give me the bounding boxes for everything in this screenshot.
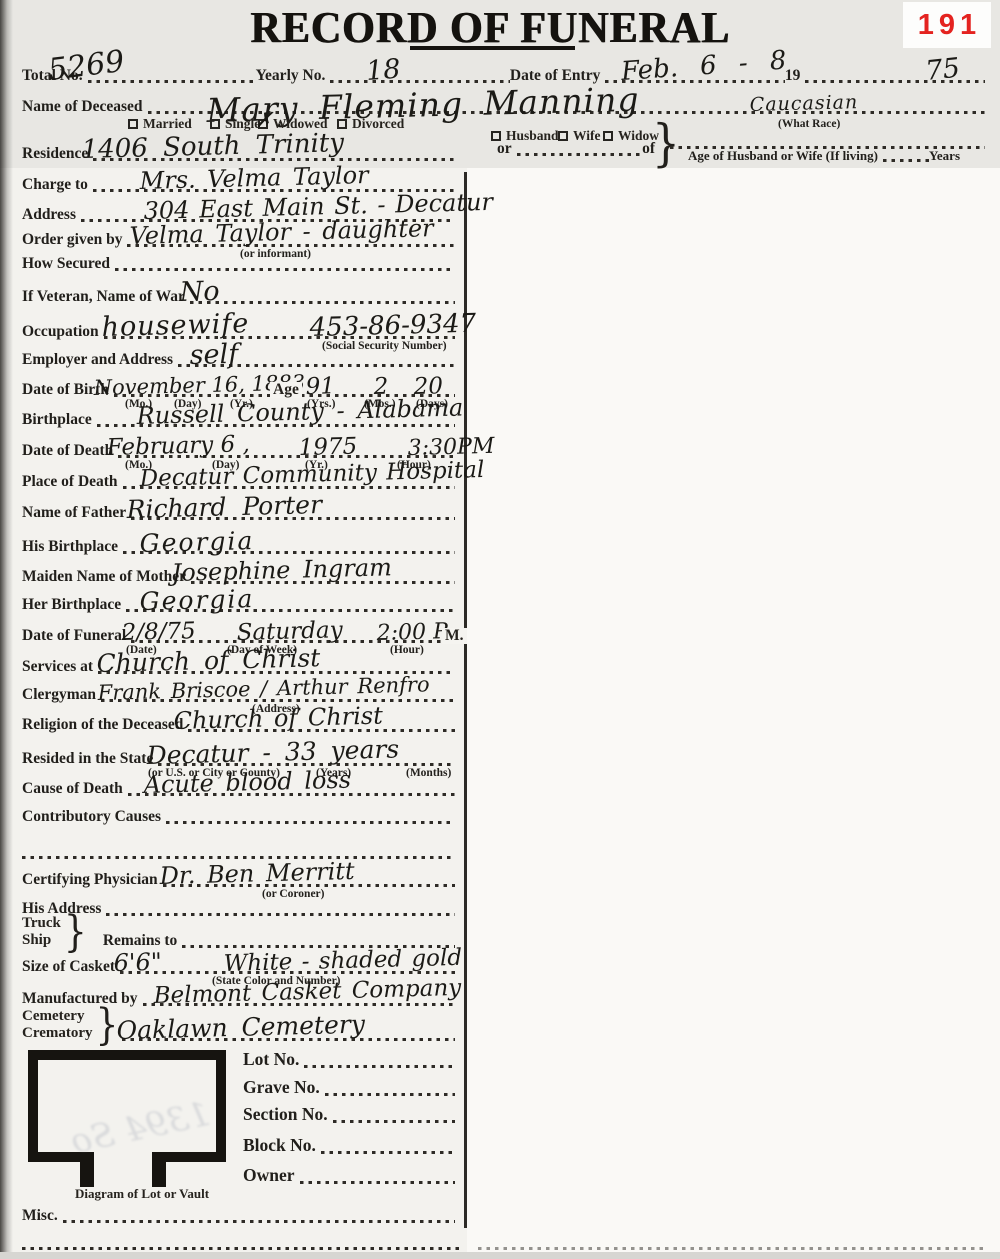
field-block-no: Block No. xyxy=(243,1133,455,1155)
dotted-line xyxy=(106,913,455,916)
field-resided: Resided in the State Decatur - 33 years … xyxy=(22,745,455,767)
page-number-stamp-box: 191 xyxy=(903,2,991,48)
religion-label: Religion of the Deceased xyxy=(22,717,188,734)
truck-label: Truck xyxy=(22,915,61,932)
dotted-line xyxy=(325,1093,455,1096)
father-label: Name of Father xyxy=(22,505,131,522)
field-employer: Employer and Address self xyxy=(22,346,455,368)
cemetery-crematory-stack: Cemetery Crematory xyxy=(22,1008,96,1042)
date-of-death-date: February 6 , xyxy=(106,435,250,459)
ssn-value: 453-86-9347 xyxy=(309,312,476,340)
his-birthplace-value: Georgia xyxy=(139,530,254,555)
field-cemetery: Cemetery Crematory } Oaklawn Cemetery xyxy=(22,1008,455,1042)
what-race-hint: (What Race) xyxy=(778,118,840,130)
dotted-line xyxy=(115,268,455,271)
married-checkbox xyxy=(128,119,138,129)
date-of-death-hour: 3:30PM xyxy=(407,437,494,459)
dotted-line xyxy=(330,80,510,83)
casket-size-value: 6'6" xyxy=(113,952,162,975)
field-his-address: His Address xyxy=(22,895,455,917)
field-size-of-casket: Size of Casket 6'6" White - shaded gold … xyxy=(22,953,455,975)
residence-row: Residence 1406 South Trinity xyxy=(22,138,455,162)
spouse-age-row: Age of Husband or Wife (If living) Years xyxy=(688,149,965,163)
his-birthplace-label: His Birthplace xyxy=(22,539,123,556)
age-of-spouse-label: Age of Husband or Wife (If living) xyxy=(688,149,883,163)
lot-no-label: Lot No. xyxy=(243,1051,304,1070)
age-label: Age xyxy=(270,382,302,399)
crematory-label: Crematory xyxy=(22,1025,93,1042)
wife-checkbox xyxy=(558,131,568,141)
divorced-label: Divorced xyxy=(352,116,404,132)
date-of-entry-value: Feb. 6 - 8 xyxy=(620,49,787,84)
field-misc: Misc. xyxy=(22,1202,455,1224)
funeral-day-value: Saturday xyxy=(236,621,342,644)
owner-label: Owner xyxy=(243,1167,300,1186)
dotted-line xyxy=(883,159,929,162)
field-grave-no: Grave No. xyxy=(243,1075,455,1097)
clergyman-label: Clergyman xyxy=(22,687,101,704)
field-manufactured-by: Manufactured by Belmont Casket Company xyxy=(22,985,455,1007)
field-cause-of-death: Cause of Death Acute blood loss xyxy=(22,775,455,797)
dotted-line xyxy=(321,1151,455,1154)
field-how-secured: How Secured xyxy=(22,250,455,272)
grave-no-label: Grave No. xyxy=(243,1079,325,1098)
funeral-record-page: RECORD OF FUNERAL 191 Total No. Yearly N… xyxy=(0,0,1000,1259)
her-birthplace-value: Georgia xyxy=(139,588,254,613)
her-birthplace-label: Her Birthplace xyxy=(22,597,126,614)
order-given-by-label: Order given by xyxy=(22,232,127,249)
block-no-label: Block No. xyxy=(243,1137,321,1156)
right-blank-area xyxy=(467,168,1000,1252)
field-father: Name of Father Richard Porter xyxy=(22,499,455,521)
dotted-line xyxy=(304,1065,455,1068)
dotted-line xyxy=(22,856,455,859)
resided-label: Resided in the State xyxy=(22,751,158,768)
funeral-hour-value: 2:00 P xyxy=(376,622,448,644)
place-of-death-label: Place of Death xyxy=(22,474,123,491)
scan-bottom-edge xyxy=(0,1252,1000,1259)
occupation-value: housewife xyxy=(101,312,249,340)
field-occupation: Occupation housewife 453-86-9347 (Social… xyxy=(22,318,455,340)
field-certifying-physician: Certifying Physician Dr. Ben Merritt (or… xyxy=(22,866,455,888)
remains-to-label: Remains to xyxy=(103,933,182,950)
dotted-line xyxy=(22,1247,462,1250)
or-of-row: or of xyxy=(497,141,660,157)
field-his-birthplace: His Birthplace Georgia xyxy=(22,533,455,555)
dotted-line xyxy=(190,301,455,304)
cemetery-label: Cemetery xyxy=(22,1008,93,1025)
cemetery-value: Oaklawn Cemetery xyxy=(116,1013,365,1042)
age-years-value: 91 xyxy=(305,377,335,398)
field-place-of-death: Place of Death Decatur Community Hospita… xyxy=(22,468,455,490)
field-section-no: Section No. xyxy=(243,1102,455,1124)
cause-of-death-value: Acute blood loss xyxy=(143,770,351,797)
yearly-no-value: 18 xyxy=(365,57,401,84)
total-no-value: 5269 xyxy=(47,48,126,84)
field-clergyman: Clergyman Frank Briscoe / Arthur Renfro … xyxy=(22,681,455,703)
married-option: Married xyxy=(128,116,192,132)
services-at-value: Church of Christ xyxy=(96,647,320,675)
year-prefix: 19 xyxy=(785,68,806,85)
field-her-birthplace: Her Birthplace Georgia xyxy=(22,591,455,613)
field-veteran: If Veteran, Name of War No xyxy=(22,283,455,305)
widowed-check-mark: ✗ xyxy=(255,108,273,132)
field-birthplace: Birthplace Russell County - Alabama xyxy=(22,406,455,428)
employer-label: Employer and Address xyxy=(22,352,178,369)
mother-value: Josephine Ingram xyxy=(171,558,392,585)
birthplace-label: Birthplace xyxy=(22,412,97,429)
mother-label: Maiden Name of Mother xyxy=(22,569,191,586)
truck-ship-brace: } xyxy=(64,915,91,952)
dotted-line xyxy=(88,80,256,83)
ship-label: Ship xyxy=(22,932,61,949)
address-label: Address xyxy=(22,207,81,224)
date-of-death-year: 1975 xyxy=(298,437,357,459)
field-date-of-funeral: Date of Funeral 2/8/75 Saturday 2:00 P M… xyxy=(22,622,455,644)
how-secured-label: How Secured xyxy=(22,256,115,273)
occupation-label: Occupation xyxy=(22,324,104,341)
veteran-value: No xyxy=(179,280,220,305)
certifying-physician-value: Dr. Ben Merritt xyxy=(159,861,354,888)
date-of-funeral-label: Date of Funeral xyxy=(22,628,131,645)
diagram-caption: Diagram of Lot or Vault xyxy=(56,1186,228,1202)
page-number: 191 xyxy=(913,9,981,42)
field-date-of-death: Date of Death February 6 , 1975 3:30PM (… xyxy=(22,437,455,459)
meridiem-label: M. xyxy=(442,628,467,645)
single-checkbox xyxy=(210,119,220,129)
resided-value: Decatur - 33 years xyxy=(146,738,399,767)
religion-value: Church of Christ xyxy=(173,706,383,733)
charge-to-value: Mrs. Velma Taylor xyxy=(139,165,368,193)
veteran-label: If Veteran, Name of War xyxy=(22,289,190,306)
dotted-line xyxy=(333,1120,455,1123)
name-of-deceased-label: Name of Deceased xyxy=(22,99,148,116)
dotted-line xyxy=(517,153,642,156)
entry-header-row: Total No. Yearly No. Date of Entry 19 52… xyxy=(22,58,985,84)
manufactured-by-label: Manufactured by xyxy=(22,991,143,1008)
cause-of-death-label: Cause of Death xyxy=(22,781,128,798)
residence-value: 1406 South Trinity xyxy=(81,132,344,162)
funeral-date-value: 2/8/75 xyxy=(121,621,196,644)
contributory-causes-label: Contributory Causes xyxy=(22,809,166,826)
or-label: or xyxy=(497,141,517,158)
size-of-casket-label: Size of Casket xyxy=(22,959,120,976)
widow-checkbox xyxy=(603,131,613,141)
field-contributory-causes: Contributory Causes xyxy=(22,803,455,825)
dotted-line xyxy=(63,1220,455,1223)
title-underline xyxy=(410,46,575,50)
employer-value: self xyxy=(189,342,238,368)
casket-color-value: White - shaded gold xyxy=(223,948,462,975)
field-owner: Owner xyxy=(243,1163,455,1185)
year-value: 75 xyxy=(924,56,961,84)
dotted-line xyxy=(300,1181,455,1184)
scan-left-edge xyxy=(0,0,13,1259)
dotted-line xyxy=(478,1247,986,1250)
of-label: of xyxy=(642,141,660,158)
certifying-physician-label: Certifying Physician xyxy=(22,872,163,889)
services-at-label: Services at xyxy=(22,659,98,676)
charge-to-label: Charge to xyxy=(22,177,93,194)
divorced-option: Divorced xyxy=(337,116,404,132)
truck-ship-stack: Truck Ship xyxy=(22,915,64,949)
dotted-line xyxy=(166,821,455,824)
field-lot-no: Lot No. xyxy=(243,1047,455,1069)
field-order-given-by: Order given by Velma Taylor - daughter (… xyxy=(22,226,455,248)
yearly-no-label: Yearly No. xyxy=(256,68,331,85)
field-truck-ship: Truck Ship } Remains to xyxy=(22,917,455,949)
married-label: Married xyxy=(143,116,192,132)
section-no-label: Section No. xyxy=(243,1106,333,1125)
father-value: Richard Porter xyxy=(126,493,322,521)
name-of-deceased-row: Name of Deceased Mary Fleming Manning Ca… xyxy=(22,89,985,115)
misc-label: Misc. xyxy=(22,1208,63,1225)
field-religion: Religion of the Deceased Church of Chris… xyxy=(22,711,455,733)
field-mother: Maiden Name of Mother Josephine Ingram xyxy=(22,563,455,585)
date-of-death-label: Date of Death xyxy=(22,443,118,460)
years-label: Years xyxy=(929,149,965,163)
field-services-at: Services at Church of Christ xyxy=(22,653,455,675)
race-value: Caucasian xyxy=(750,94,859,114)
